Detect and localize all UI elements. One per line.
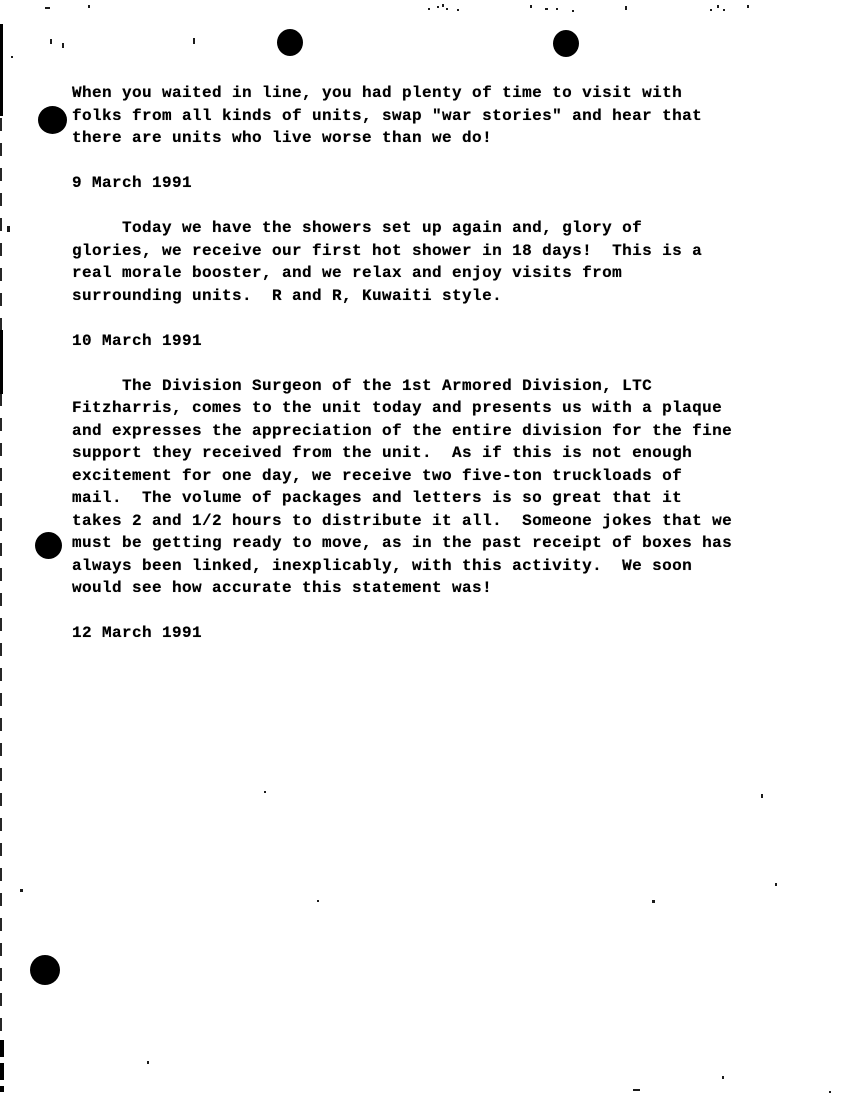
hole-punch-dot-left-upper [38,106,67,134]
scan-edge-artifact [0,118,2,1040]
scan-speck [88,5,90,8]
hole-punch-dot-top-right [553,30,579,57]
scan-speck [633,1089,640,1091]
scan-speck [437,6,439,8]
scan-speck [717,5,719,8]
scan-speck [747,5,749,8]
journal-text: When you waited in line, you had plenty … [72,82,732,667]
scan-speck [446,8,448,10]
entry-date-9-march: 9 March 1991 [72,172,732,195]
scan-speck [45,7,50,9]
hole-punch-dot-left-middle [35,532,62,559]
scan-speck [317,900,319,902]
scan-edge-artifact [0,24,3,116]
scan-speck [428,8,430,10]
scan-speck [829,1091,831,1093]
scan-speck [7,226,10,232]
scan-speck [11,56,13,58]
entry-date-12-march: 12 March 1991 [72,622,732,645]
entry-body-9-march: Today we have the showers set up again a… [72,217,732,307]
scan-speck [545,8,548,10]
scanned-document-page: When you waited in line, you had plenty … [0,0,850,1095]
entry-body-10-march: The Division Surgeon of the 1st Armored … [72,375,732,600]
scan-speck [20,889,23,892]
hole-punch-dot-top-left [277,29,303,56]
scan-speck [62,43,64,48]
scan-speck [147,1061,149,1064]
scan-speck [457,9,459,11]
scan-speck [572,10,574,12]
scan-speck [775,883,777,886]
scan-edge-artifact [0,330,3,394]
scan-speck [761,794,763,798]
scan-speck [264,791,266,793]
scan-speck [652,900,655,903]
scan-speck [530,5,532,8]
scan-speck [722,1076,724,1079]
scan-speck [625,6,627,10]
paragraph-continuation: When you waited in line, you had plenty … [72,82,732,150]
scan-speck [50,39,52,44]
hole-punch-dot-bottom-left [30,955,60,985]
entry-date-10-march: 10 March 1991 [72,330,732,353]
scan-speck [556,8,558,10]
scan-edge-artifact [0,1040,4,1092]
scan-speck [710,9,712,11]
scan-speck [442,4,444,7]
scan-speck [193,38,195,44]
scan-speck [723,9,725,11]
